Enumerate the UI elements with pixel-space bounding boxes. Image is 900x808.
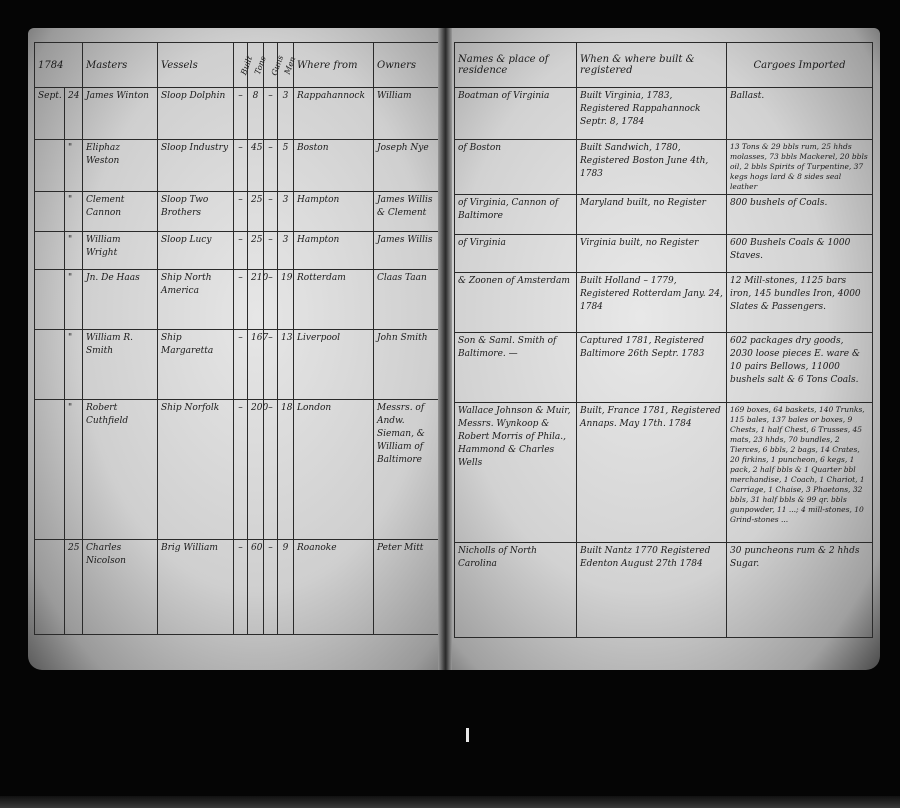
cell-guns: – — [264, 88, 278, 140]
cell-vessel: Ship Norfolk — [158, 400, 234, 540]
cell-residence: Wallace Johnson & Muir, Messrs. Wynkoop … — [455, 403, 577, 543]
table-row: Nicholls of North Carolina Built Nantz 1… — [455, 543, 873, 638]
cell-cargo: 800 bushels of Coals. — [727, 195, 873, 235]
book-gutter — [438, 28, 452, 670]
cell-built-registered: Built Holland – 1779, Registered Rotterd… — [577, 273, 727, 333]
left-ledger-table: 1784 Masters Vessels Built Tons Guns Men… — [34, 42, 439, 635]
header-names-place: Names & place of residence — [455, 43, 577, 88]
header-year: 1784 — [35, 43, 83, 88]
cell-built: – — [234, 540, 248, 635]
left-header-row: 1784 Masters Vessels Built Tons Guns Men… — [35, 43, 439, 88]
table-row: of Boston Built Sandwich, 1780, Register… — [455, 140, 873, 195]
table-row: of Virginia Virginia built, no Register … — [455, 235, 873, 273]
cell-tons: 167 — [248, 330, 264, 400]
table-row: " Clement Cannon Sloop Two Brothers – 25… — [35, 192, 439, 232]
cell-tons: 25 — [248, 232, 264, 270]
cell-residence: Boatman of Virginia — [455, 88, 577, 140]
table-row: of Virginia, Cannon of Baltimore Marylan… — [455, 195, 873, 235]
cell-tons: 25 — [248, 192, 264, 232]
cell-cargo: 169 boxes, 64 baskets, 140 Trunks, 115 b… — [727, 403, 873, 543]
cell-month — [35, 400, 65, 540]
cell-month — [35, 140, 65, 192]
cell-vessel: Sloop Two Brothers — [158, 192, 234, 232]
cell-day: " — [65, 192, 83, 232]
cell-built-registered: Maryland built, no Register — [577, 195, 727, 235]
cell-residence: Nicholls of North Carolina — [455, 543, 577, 638]
cell-vessel: Sloop Lucy — [158, 232, 234, 270]
table-row: " Jn. De Haas Ship North America – 210 –… — [35, 270, 439, 330]
table-row: " William R. Smith Ship Margaretta – 167… — [35, 330, 439, 400]
cell-day: " — [65, 330, 83, 400]
header-owners: Owners — [374, 43, 439, 88]
cell-men: 18 — [278, 400, 294, 540]
cell-master: Clement Cannon — [83, 192, 158, 232]
cell-cargo: 602 packages dry goods, 2030 loose piece… — [727, 333, 873, 403]
page-marker — [466, 728, 469, 742]
cell-from: Boston — [294, 140, 374, 192]
cell-vessel: Ship North America — [158, 270, 234, 330]
cell-built-registered: Built Nantz 1770 Registered Edenton Augu… — [577, 543, 727, 638]
cell-built-registered: Built Sandwich, 1780, Registered Boston … — [577, 140, 727, 195]
cell-owners: Joseph Nye — [374, 140, 439, 192]
cell-from: Rotterdam — [294, 270, 374, 330]
cell-men: 3 — [278, 88, 294, 140]
cell-men: 13 — [278, 330, 294, 400]
cell-cargo: 12 Mill-stones, 1125 bars iron, 145 bund… — [727, 273, 873, 333]
cell-from: Rappahannock — [294, 88, 374, 140]
table-row: Sept. 24 James Winton Sloop Dolphin – 8 … — [35, 88, 439, 140]
cell-residence: of Virginia, Cannon of Baltimore — [455, 195, 577, 235]
cell-residence: of Virginia — [455, 235, 577, 273]
cell-from: Liverpool — [294, 330, 374, 400]
right-ledger-table: Names & place of residence When & where … — [454, 42, 873, 638]
cell-residence: & Zoonen of Amsterdam — [455, 273, 577, 333]
cell-cargo: 13 Tons & 29 bbls rum, 25 hhds molasses,… — [727, 140, 873, 195]
cell-cargo: 600 Bushels Coals & 1000 Staves. — [727, 235, 873, 273]
cell-tons: 200 — [248, 400, 264, 540]
table-row: " Robert Cuthfield Ship Norfolk – 200 – … — [35, 400, 439, 540]
cell-men: 9 — [278, 540, 294, 635]
table-row: " William Wright Sloop Lucy – 25 – 3 Ham… — [35, 232, 439, 270]
cell-day: " — [65, 400, 83, 540]
cell-owners: John Smith — [374, 330, 439, 400]
cell-from: London — [294, 400, 374, 540]
cell-owners: James Willis & Clement — [374, 192, 439, 232]
cell-guns: – — [264, 540, 278, 635]
cell-men: 19 — [278, 270, 294, 330]
cell-vessel: Sloop Dolphin — [158, 88, 234, 140]
header-when-where: When & where built & registered — [577, 43, 727, 88]
cell-cargo: Ballast. — [727, 88, 873, 140]
cell-from: Hampton — [294, 192, 374, 232]
cell-vessel: Ship Margaretta — [158, 330, 234, 400]
cell-master: Charles Nicolson — [83, 540, 158, 635]
cell-residence: Son & Saml. Smith of Baltimore. — — [455, 333, 577, 403]
cell-day: " — [65, 270, 83, 330]
table-row: " Eliphaz Weston Sloop Industry – 45 – 5… — [35, 140, 439, 192]
cell-month — [35, 540, 65, 635]
cell-built-registered: Built Virginia, 1783, Registered Rappaha… — [577, 88, 727, 140]
cell-tons: 60 — [248, 540, 264, 635]
cell-month — [35, 270, 65, 330]
cell-owners: William — [374, 88, 439, 140]
cell-owners: Claas Taan — [374, 270, 439, 330]
ledger-spread: 1784 Masters Vessels Built Tons Guns Men… — [28, 28, 880, 670]
header-masters: Masters — [83, 43, 158, 88]
header-cargoes: Cargoes Imported — [727, 43, 873, 88]
header-vessels: Vessels — [158, 43, 234, 88]
cell-guns: – — [264, 192, 278, 232]
cell-master: Eliphaz Weston — [83, 140, 158, 192]
cell-master: James Winton — [83, 88, 158, 140]
cell-master: William R. Smith — [83, 330, 158, 400]
cell-master: Robert Cuthfield — [83, 400, 158, 540]
cell-built-registered: Built, France 1781, Registered Annaps. M… — [577, 403, 727, 543]
cell-built: – — [234, 330, 248, 400]
right-header-row: Names & place of residence When & where … — [455, 43, 873, 88]
cell-built-registered: Captured 1781, Registered Baltimore 26th… — [577, 333, 727, 403]
cell-built-registered: Virginia built, no Register — [577, 235, 727, 273]
cell-built: – — [234, 270, 248, 330]
cell-day: 24 — [65, 88, 83, 140]
cell-men: 5 — [278, 140, 294, 192]
cell-tons: 210 — [248, 270, 264, 330]
cell-built: – — [234, 192, 248, 232]
table-row: Son & Saml. Smith of Baltimore. — Captur… — [455, 333, 873, 403]
table-row: Boatman of Virginia Built Virginia, 1783… — [455, 88, 873, 140]
cell-master: Jn. De Haas — [83, 270, 158, 330]
right-page: Names & place of residence When & where … — [444, 28, 880, 670]
cell-day: 25 — [65, 540, 83, 635]
cell-month: Sept. — [35, 88, 65, 140]
cell-month — [35, 232, 65, 270]
scan-bottom-edge — [0, 796, 900, 808]
cell-residence: of Boston — [455, 140, 577, 195]
cell-vessel: Sloop Industry — [158, 140, 234, 192]
cell-vessel: Brig William — [158, 540, 234, 635]
header-where-from: Where from — [294, 43, 374, 88]
cell-built: – — [234, 88, 248, 140]
left-page: 1784 Masters Vessels Built Tons Guns Men… — [28, 28, 444, 670]
table-row: Wallace Johnson & Muir, Messrs. Wynkoop … — [455, 403, 873, 543]
table-row: 25 Charles Nicolson Brig William – 60 – … — [35, 540, 439, 635]
cell-day: " — [65, 232, 83, 270]
cell-owners: James Willis — [374, 232, 439, 270]
cell-master: William Wright — [83, 232, 158, 270]
cell-owners: Messrs. of Andw. Sieman, & William of Ba… — [374, 400, 439, 540]
cell-guns: – — [264, 400, 278, 540]
cell-built: – — [234, 400, 248, 540]
cell-men: 3 — [278, 192, 294, 232]
cell-month — [35, 192, 65, 232]
cell-tons: 8 — [248, 88, 264, 140]
table-row: & Zoonen of Amsterdam Built Holland – 17… — [455, 273, 873, 333]
cell-month — [35, 330, 65, 400]
cell-from: Hampton — [294, 232, 374, 270]
cell-from: Roanoke — [294, 540, 374, 635]
cell-men: 3 — [278, 232, 294, 270]
cell-guns: – — [264, 140, 278, 192]
header-built: Built — [234, 43, 248, 88]
cell-tons: 45 — [248, 140, 264, 192]
cell-built: – — [234, 140, 248, 192]
cell-guns: – — [264, 232, 278, 270]
cell-day: " — [65, 140, 83, 192]
cell-cargo: 30 puncheons rum & 2 hhds Sugar. — [727, 543, 873, 638]
cell-owners: Peter Mitt — [374, 540, 439, 635]
cell-built: – — [234, 232, 248, 270]
